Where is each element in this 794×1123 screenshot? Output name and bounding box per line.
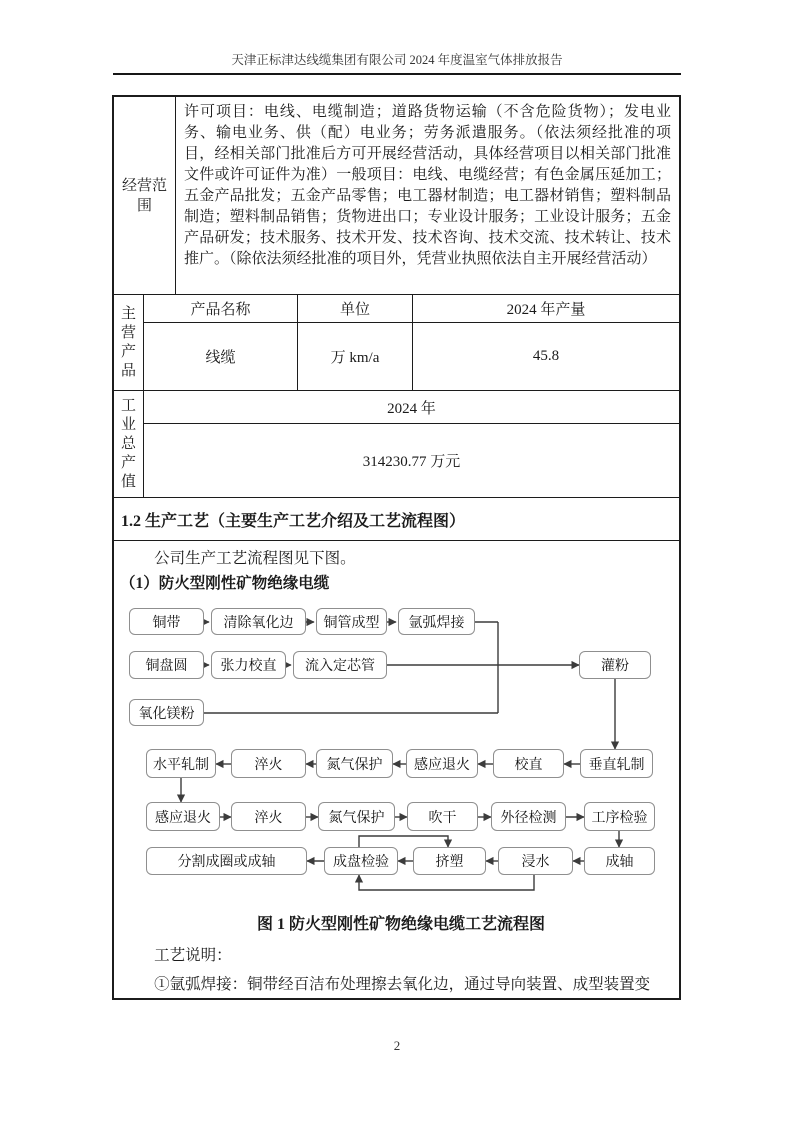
- process-note-1: ①氩弧焊接：铜带经百洁布处理擦去氧化边，通过导向装置、成型装置变: [120, 973, 682, 996]
- industrial-output-label: 工业总产值: [114, 391, 144, 497]
- flow-box-powder-filling: 灌粉: [579, 651, 651, 679]
- flow-box-horizontal-rolling: 水平轧制: [146, 749, 216, 778]
- product-data-row: 线缆 万 km/a 45.8: [144, 323, 679, 390]
- process-content-row: 公司生产工艺流程图见下图。 （1）防火型刚性矿物绝缘电缆: [114, 540, 679, 998]
- product-name-header: 产品名称: [144, 295, 298, 322]
- flow-box-argon-arc-welding: 氩弧焊接: [398, 608, 475, 635]
- business-scope-label: 经营范围: [114, 97, 176, 294]
- flow-box-tension-straighten: 张力校直: [211, 651, 286, 679]
- flow-box-quenching-2: 淬火: [231, 802, 306, 831]
- process-intro-text: 公司生产工艺流程图见下图。: [120, 547, 682, 571]
- output-2024-cell: 45.8: [413, 323, 679, 390]
- flow-box-od-inspection: 外径检测: [491, 802, 566, 831]
- company-info-table: 经营范围 许可项目：电线、电缆制造；道路货物运输（不含危险货物）；发电业务、输电…: [112, 95, 681, 1000]
- industrial-output-row: 工业总产值 2024 年 314230.77 万元: [114, 390, 679, 497]
- business-scope-text: 许可项目：电线、电缆制造；道路货物运输（不含危险货物）；发电业务、输电业务、供（…: [176, 97, 679, 294]
- flow-box-copper-tube-forming: 铜管成型: [316, 608, 387, 635]
- flow-box-induction-annealing: 感应退火: [406, 749, 478, 778]
- business-scope-row: 经营范围 许可项目：电线、电缆制造；道路货物运输（不含危险货物）；发电业务、输电…: [114, 97, 679, 294]
- flow-box-water-immersion: 浸水: [498, 847, 573, 875]
- figure-1-caption: 图 1 防火型刚性矿物绝缘电缆工艺流程图: [120, 911, 682, 934]
- process-notes-title: 工艺说明：: [120, 944, 682, 967]
- product-name-cell: 线缆: [144, 323, 298, 390]
- flow-box-remove-oxide-edge: 清除氧化边: [211, 608, 306, 635]
- flow-box-copper-strip: 铜带: [129, 608, 204, 635]
- flow-box-into-core-tube: 流入定芯管: [293, 651, 387, 679]
- flow-box-nitrogen-protection: 氮气保护: [316, 749, 393, 778]
- flow-box-straightening: 校直: [493, 749, 564, 778]
- flow-box-induction-annealing-2: 感应退火: [146, 802, 220, 831]
- document-page: 天津正标津达线缆集团有限公司 2024 年度温室气体排放报告 经营范围 许可项目…: [0, 0, 794, 1123]
- document-header: 天津正标津达线缆集团有限公司 2024 年度温室气体排放报告: [113, 50, 681, 75]
- flow-box-reeling: 成轴: [584, 847, 655, 875]
- flow-box-process-inspection: 工序检验: [584, 802, 655, 831]
- flow-box-cut-coil-or-reel: 分割成圈或成轴: [146, 847, 307, 875]
- flow-box-quenching: 淬火: [231, 749, 306, 778]
- flow-box-copper-rod: 铜盘圆: [129, 651, 204, 679]
- unit-cell: 万 km/a: [298, 323, 413, 390]
- flow-box-nitrogen-protection-2: 氮气保护: [318, 802, 395, 831]
- flow-box-extrusion: 挤塑: [413, 847, 486, 875]
- section-1-2-heading: 1.2 生产工艺（主要生产工艺介绍及工艺流程图）: [114, 508, 679, 531]
- flow-box-coiling-inspection: 成盘检验: [324, 847, 398, 875]
- flowchart: 铜带 清除氧化边 铜管成型 氩弧焊接 铜盘圆 张力校直 流入定芯管 灌粉 氧化镁…: [126, 606, 682, 896]
- flow-box-magnesium-oxide-powder: 氧化镁粉: [129, 699, 204, 726]
- main-products-row: 主营产品 产品名称 单位 2024 年产量 线缆 万 km/a 45.8: [114, 294, 679, 390]
- flow-box-vertical-rolling: 垂直轧制: [580, 749, 653, 778]
- output-year-cell: 2024 年: [144, 391, 679, 424]
- output-value-cell: 314230.77 万元: [144, 424, 679, 497]
- unit-header: 单位: [298, 295, 413, 322]
- section-heading-row: 1.2 生产工艺（主要生产工艺介绍及工艺流程图）: [114, 497, 679, 540]
- flow-box-blow-drying: 吹干: [407, 802, 478, 831]
- subsection-1-heading: （1）防火型刚性矿物绝缘电缆: [120, 571, 682, 596]
- output-2024-header: 2024 年产量: [413, 295, 679, 322]
- page-number: 2: [0, 1038, 794, 1054]
- products-header-row: 产品名称 单位 2024 年产量: [144, 295, 679, 323]
- main-products-label: 主营产品: [114, 295, 144, 390]
